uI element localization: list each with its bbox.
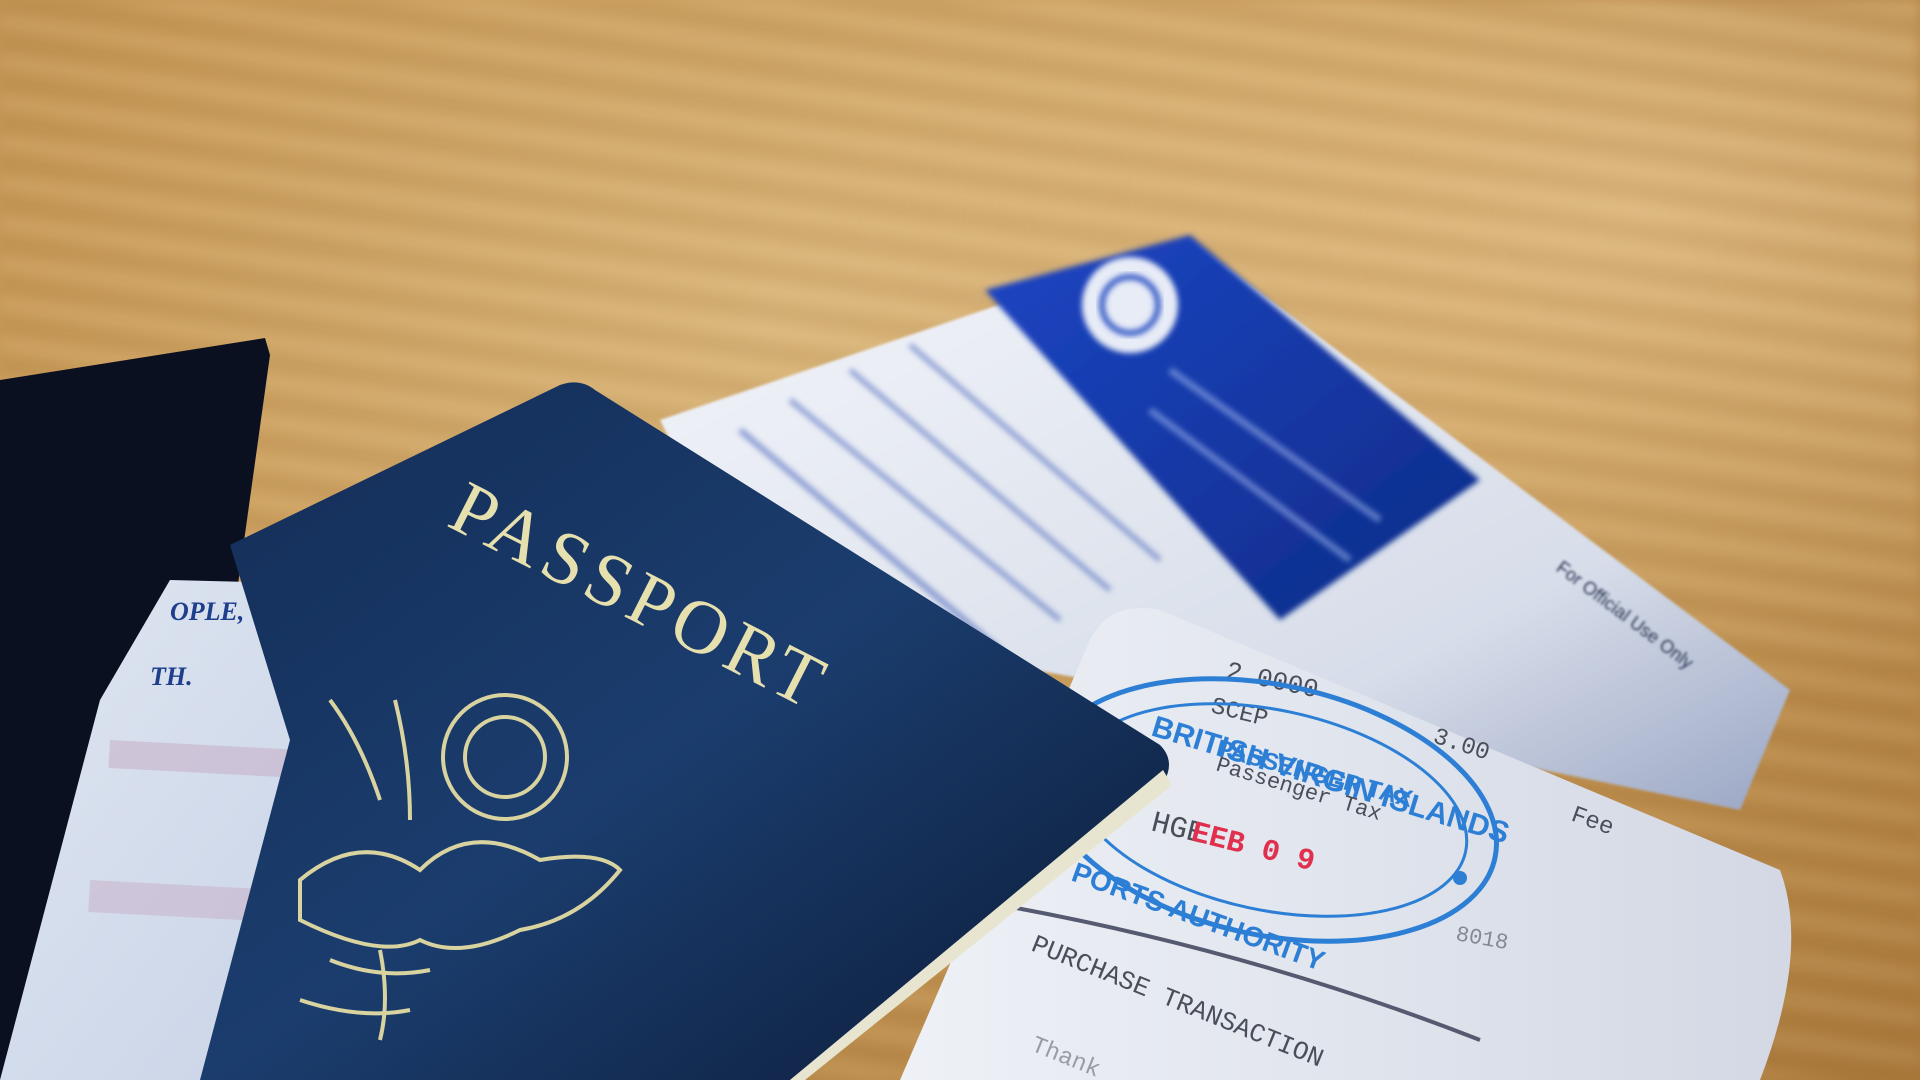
page-text-line1: OPLE, <box>170 597 244 626</box>
page-text-line2: TH. <box>150 662 193 691</box>
photo-scene: For Official Use Only 2.0000 SCEP Passen… <box>0 0 1920 1080</box>
agency-seal-icon <box>1082 257 1178 353</box>
scene-svg: For Official Use Only 2.0000 SCEP Passen… <box>0 0 1920 1080</box>
